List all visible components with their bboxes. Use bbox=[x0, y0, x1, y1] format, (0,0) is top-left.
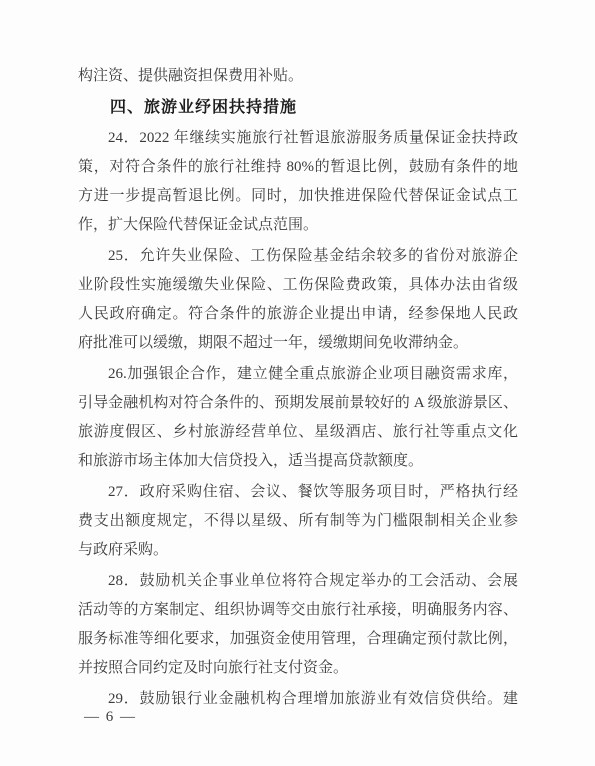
section-heading: 四、旅游业纾困扶持措施 bbox=[78, 93, 518, 122]
text-line: 方进一步提高暂退比例。同时，加快推进保险代替保证金试点工 bbox=[78, 182, 518, 211]
text-line: 与政府采购。 bbox=[78, 536, 518, 565]
text-line: 28．鼓励机关企事业单位将符合规定举办的工会活动、会展 bbox=[78, 567, 518, 596]
text-paragraph: 26.加强银企合作，建立健全重点旅游企业项目融资需求库，引导金融机构对符合条件的… bbox=[78, 360, 518, 476]
text-line: 旅游度假区、乡村旅游经营单位、星级酒店、旅行社等重点文化 bbox=[78, 418, 518, 447]
text-line: 府批准可以缓缴，期限不超过一年，缓缴期间免收滞纳金。 bbox=[78, 329, 518, 358]
text-line: 服务标准等细化要求，加强资金使用管理，合理确定预付款比例， bbox=[78, 625, 518, 654]
text-line: 27．政府采购住宿、会议、餐饮等服务项目时，严格执行经 bbox=[78, 478, 518, 507]
text-line: 并按照合同约定及时向旅行社支付资金。 bbox=[78, 654, 518, 683]
text-line: 策，对符合条件的旅行社维持 80%的暂退比例，鼓励有条件的地 bbox=[78, 153, 518, 182]
text-line: 26.加强银企合作，建立健全重点旅游企业项目融资需求库， bbox=[78, 360, 518, 389]
text-line: 人民政府确定。符合条件的旅游企业提出申请，经参保地人民政 bbox=[78, 300, 518, 329]
document-content: 构注资、提供融资担保费用补贴。四、旅游业纾困扶持措施24．2022 年继续实施旅… bbox=[78, 62, 518, 714]
text-paragraph: 24．2022 年继续实施旅行社暂退旅游服务质量保证金扶持政策，对符合条件的旅行… bbox=[78, 124, 518, 240]
text-line: 构注资、提供融资担保费用补贴。 bbox=[78, 62, 518, 91]
text-line: 引导金融机构对符合条件的、预期发展前景较好的 A 级旅游景区、 bbox=[78, 389, 518, 418]
text-line: 业阶段性实施缓缴失业保险、工伤保险费政策，具体办法由省级 bbox=[78, 271, 518, 300]
text-paragraph: 29．鼓励银行业金融机构合理增加旅游业有效信贷供给。建 bbox=[78, 685, 518, 714]
text-line: 费支出额度规定，不得以星级、所有制等为门槛限制相关企业参 bbox=[78, 507, 518, 536]
text-line: 29．鼓励银行业金融机构合理增加旅游业有效信贷供给。建 bbox=[78, 685, 518, 714]
document-page: 构注资、提供融资担保费用补贴。四、旅游业纾困扶持措施24．2022 年继续实施旅… bbox=[0, 0, 595, 766]
text-line: 24．2022 年继续实施旅行社暂退旅游服务质量保证金扶持政 bbox=[78, 124, 518, 153]
text-line: 作，扩大保险代替保证金试点范围。 bbox=[78, 211, 518, 240]
text-line: 四、旅游业纾困扶持措施 bbox=[78, 93, 518, 122]
text-paragraph: 25．允许失业保险、工伤保险基金结余较多的省份对旅游企业阶段性实施缓缴失业保险、… bbox=[78, 242, 518, 358]
text-paragraph: 28．鼓励机关企事业单位将符合规定举办的工会活动、会展活动等的方案制定、组织协调… bbox=[78, 567, 518, 683]
text-line: 活动等的方案制定、组织协调等交由旅行社承接，明确服务内容、 bbox=[78, 596, 518, 625]
text-paragraph: 27．政府采购住宿、会议、餐饮等服务项目时，严格执行经费支出额度规定，不得以星级… bbox=[78, 478, 518, 565]
text-line: 25．允许失业保险、工伤保险基金结余较多的省份对旅游企 bbox=[78, 242, 518, 271]
page-number: — 6 — bbox=[84, 709, 137, 726]
text-paragraph: 构注资、提供融资担保费用补贴。 bbox=[78, 62, 518, 91]
text-line: 和旅游市场主体加大信贷投入，适当提高贷款额度。 bbox=[78, 447, 518, 476]
